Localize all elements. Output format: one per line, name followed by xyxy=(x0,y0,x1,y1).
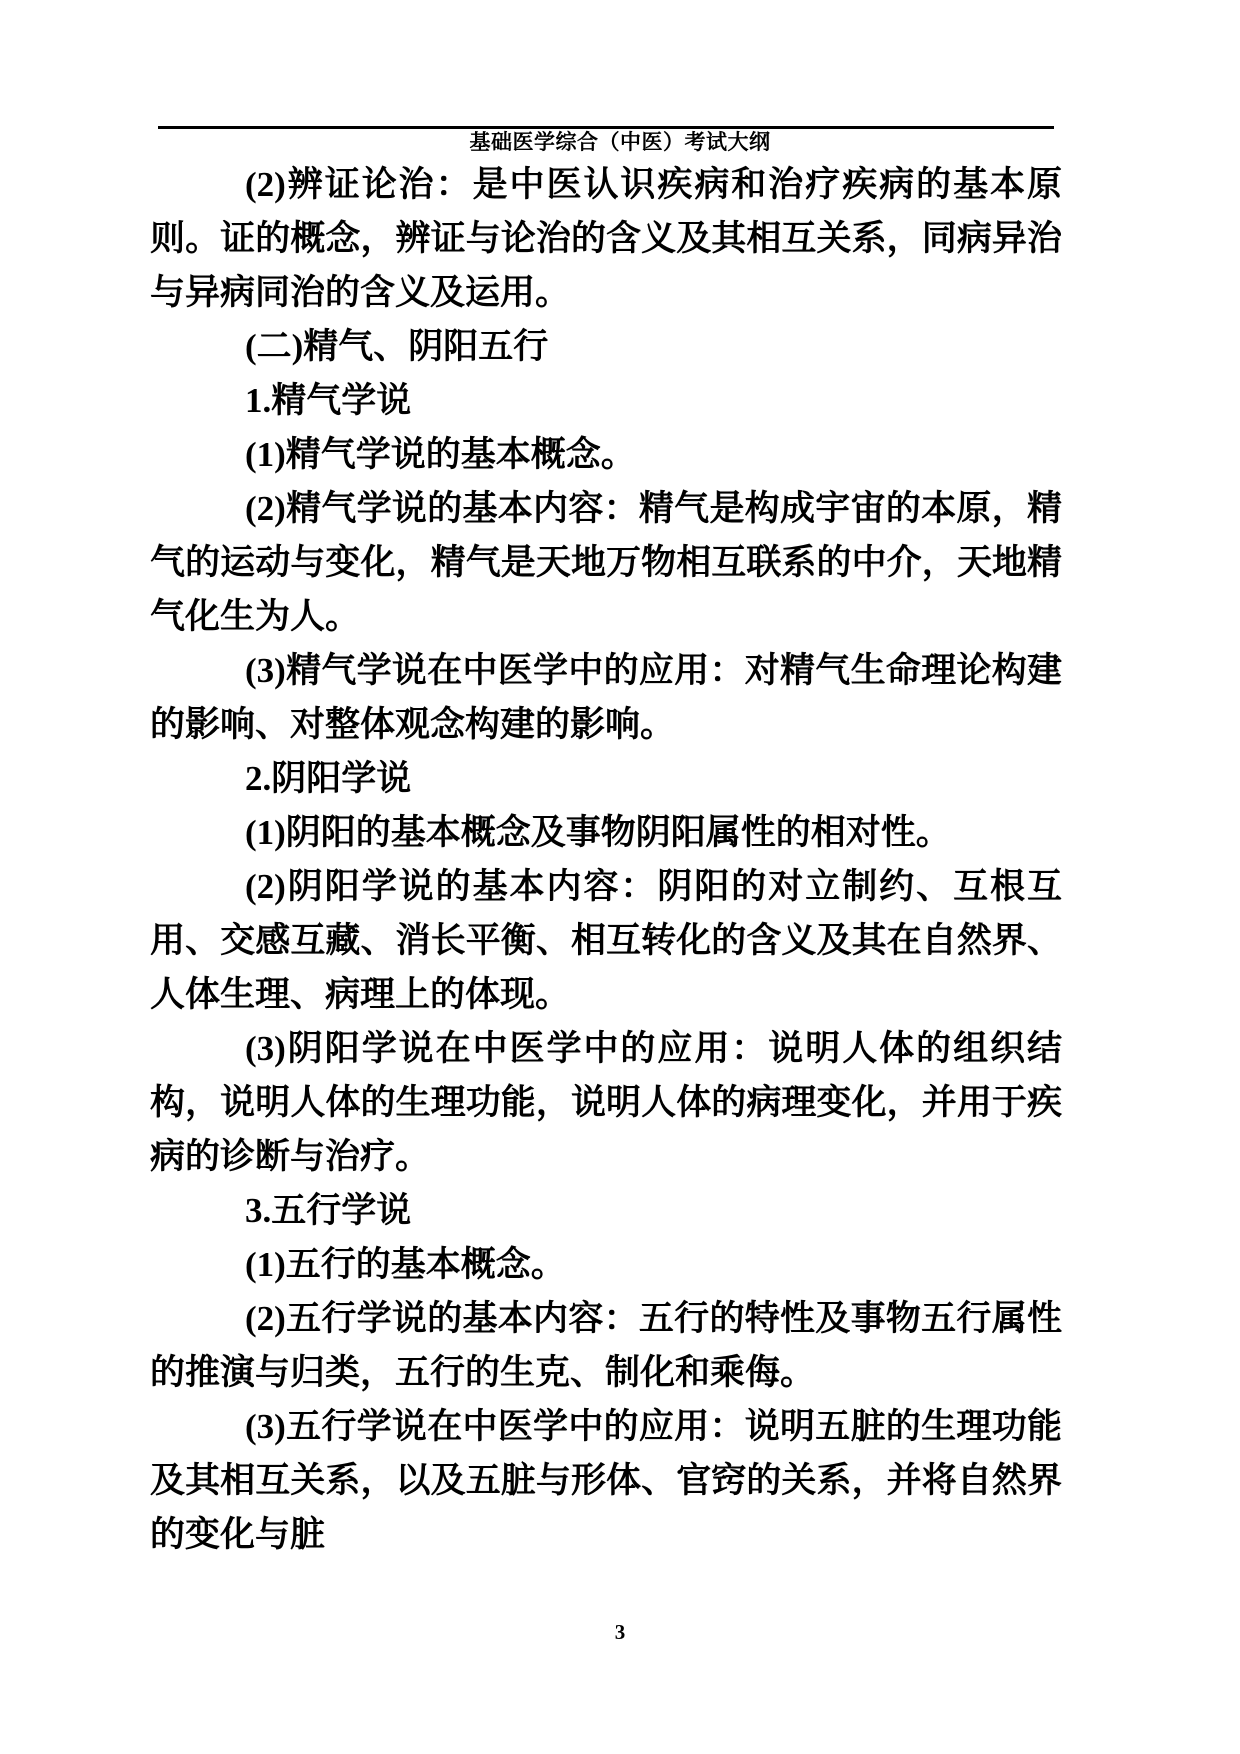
paragraph-jingqi-content: (2)精气学说的基本内容：精气是构成宇宙的本原，精气的运动与变化，精气是天地万物… xyxy=(150,482,1062,644)
header-title: 基础医学综合（中医）考试大纲 xyxy=(0,131,1240,153)
paragraph-yinyang-content: (2)阴阳学说的基本内容：阴阳的对立制约、互根互用、交感互藏、消长平衡、相互转化… xyxy=(150,860,1062,1022)
heading-wuxing-theory: 3.五行学说 xyxy=(150,1184,1062,1238)
heading-jingqi-theory: 1.精气学说 xyxy=(150,374,1062,428)
page-number: 3 xyxy=(615,1620,626,1644)
paragraph-jingqi-concept: (1)精气学说的基本概念。 xyxy=(150,428,1062,482)
paragraph-wuxing-content: (2)五行学说的基本内容：五行的特性及事物五行属性的推演与归类，五行的生克、制化… xyxy=(150,1292,1062,1400)
paragraph-yinyang-application: (3)阴阳学说在中医学中的应用：说明人体的组织结构，说明人体的生理功能，说明人体… xyxy=(150,1022,1062,1184)
paragraph-jingqi-application: (3)精气学说在中医学中的应用：对精气生命理论构建的影响、对整体观念构建的影响。 xyxy=(150,644,1062,752)
paragraph-wuxing-application: (3)五行学说在中医学中的应用：说明五脏的生理功能及其相互关系，以及五脏与形体、… xyxy=(150,1400,1062,1562)
heading-yinyang-theory: 2.阴阳学说 xyxy=(150,752,1062,806)
document-page: 基础医学综合（中医）考试大纲 (2)辨证论治：是中医认识疾病和治疗疾病的基本原则… xyxy=(0,0,1240,1754)
paragraph-wuxing-concept: (1)五行的基本概念。 xyxy=(150,1238,1062,1292)
header-divider xyxy=(158,126,1054,129)
page-footer: 3 xyxy=(0,1620,1240,1645)
document-body: (2)辨证论治：是中医认识疾病和治疗疾病的基本原则。证的概念，辨证与论治的含义及… xyxy=(150,158,1062,1562)
paragraph-yinyang-concept: (1)阴阳的基本概念及事物阴阳属性的相对性。 xyxy=(150,806,1062,860)
heading-section-jingqi-yinyang-wuxing: (二)精气、阴阳五行 xyxy=(150,320,1062,374)
paragraph-bianzheng-lunzhi: (2)辨证论治：是中医认识疾病和治疗疾病的基本原则。证的概念，辨证与论治的含义及… xyxy=(150,158,1062,320)
